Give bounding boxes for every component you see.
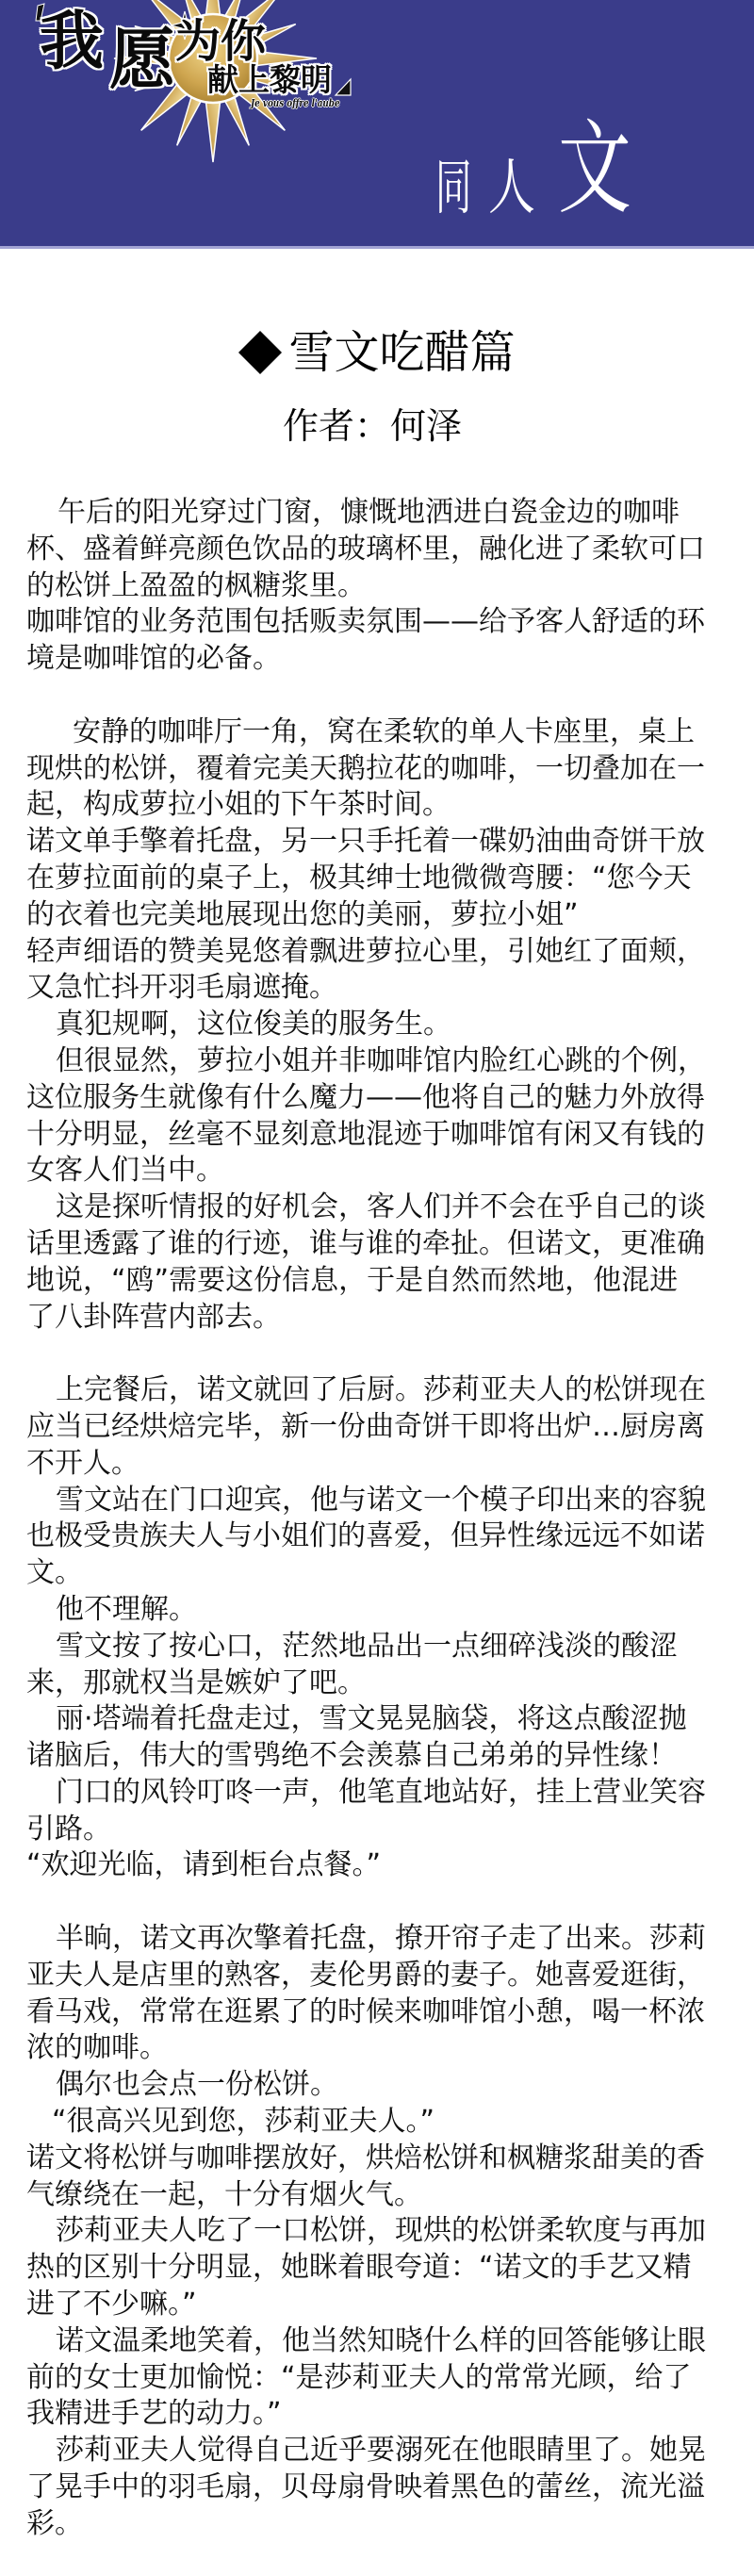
text-line: 也极受贵族夫人与小姐们的喜爱，但异性缘远远不如诺: [26, 1518, 747, 1555]
text-line: “欢迎光临，请到柜台点餐。”: [26, 1847, 747, 1884]
logo-title-part: 我: [40, 9, 104, 74]
text-line: 话里透露了谁的行迹，谁与谁的牵扯。但诺文，更准确: [26, 1226, 747, 1263]
article-byline: 作者：何泽: [0, 403, 745, 449]
text-line: 十分明显，丝毫不显刻意地混迹于咖啡馆有闲又有钱的: [26, 1117, 747, 1154]
text-line: 丽·塔端着托盘走过，雪文晃晃脑袋，将这点酸涩抛: [26, 1701, 747, 1738]
text-line: 午后的阳光穿过门窗，慷慨地洒进白瓷金边的咖啡: [26, 495, 747, 532]
text-line: 浓的咖啡。: [26, 2030, 747, 2067]
diamond-bullet-icon: [238, 331, 282, 374]
text-line: 应当已经烘焙完毕，新一份曲奇饼干即将出炉…厨房离: [26, 1409, 747, 1446]
text-line: 安静的咖啡厅一角，窝在柔软的单人卡座里，桌上: [26, 714, 747, 751]
text-line: 诸脑后，伟大的雪鸮绝不会羡慕自己弟弟的异性缘！: [26, 1738, 747, 1775]
text-line: 真犯规啊，这位俊美的服务生。: [26, 1007, 747, 1043]
text-line: 又急忙抖开羽毛扇遮掩。: [26, 970, 747, 1007]
text-line: 这是探听情报的好机会，客人们并不会在乎自己的谈: [26, 1190, 747, 1226]
category-label: 人: [488, 158, 535, 219]
header-banner: 我 愿 为你 献上黎明 Je vous offre l'aube 同 人 文: [0, 0, 754, 249]
text-line: 的衣着也完美地展现出您的美丽，萝拉小姐”: [26, 897, 747, 934]
text-line: 来，那就权当是嫉妒了吧。: [26, 1665, 747, 1702]
text-line: 文。: [26, 1555, 747, 1592]
text-line: 偶尔也会点一份松饼。: [26, 2067, 747, 2104]
text-line: 亚夫人是店里的熟客，麦伦男爵的妻子。她喜爱逛街，: [26, 1958, 747, 1994]
text-line: 在萝拉面前的桌子上，极其绅士地微微弯腰：“您今天: [26, 861, 747, 897]
text-line: 半晌，诺文再次擎着托盘，撩开帘子走了出来。莎莉: [26, 1921, 747, 1958]
text-line: 莎莉亚夫人吃了一口松饼，现烘的松饼柔软度与再加: [26, 2213, 747, 2250]
text-line: 进了不少嘛。”: [26, 2287, 747, 2323]
text-line: 上完餐后，诺文就回了后厨。莎莉亚夫人的松饼现在: [26, 1372, 747, 1409]
logo-title-part: 为你: [175, 19, 266, 64]
text-line: 门口的风铃叮咚一声，他笔直地站好，挂上营业笑容: [26, 1775, 747, 1812]
text-line: 莎莉亚夫人觉得自己近乎要溺死在他眼睛里了。她晃: [26, 2433, 747, 2469]
text-line: 这位服务生就像有什么魔力——他将自己的魅力外放得: [26, 1080, 747, 1117]
logo-title-part: 愿: [109, 26, 175, 92]
article-title: 雪文吃醋篇: [0, 325, 754, 380]
text-line: 的松饼上盈盈的枫糖浆里。: [26, 568, 747, 605]
logo-title-part: 献上黎明: [207, 64, 332, 95]
text-line: “很高兴见到您，莎莉亚夫人。”: [26, 2104, 747, 2141]
text-line: 女客人们当中。: [26, 1153, 747, 1190]
category-label: 同: [435, 158, 471, 219]
text-line: 热的区别十分明显，她眯着眼夸道：“诺文的手艺又精: [26, 2250, 747, 2287]
text-line: 他不理解。: [26, 1592, 747, 1629]
paragraph-spacer: [26, 1336, 747, 1372]
text-line: 雪文站在门口迎宾，他与诺文一个模子印出来的容貌: [26, 1483, 747, 1519]
text-line: 境是咖啡馆的必备。: [26, 641, 747, 678]
text-line: 诺文将松饼与咖啡摆放好，烘焙松饼和枫糖浆甜美的香: [26, 2141, 747, 2177]
text-line: 杯、盛着鲜亮颜色饮品的玻璃杯里，融化进了柔软可口: [26, 532, 747, 568]
text-line: 诺文单手擎着托盘，另一只手托着一碟奶油曲奇饼干放: [26, 824, 747, 861]
text-line: 现烘的松饼，覆着完美天鹅拉花的咖啡，一切叠加在一: [26, 751, 747, 788]
article-body: 午后的阳光穿过门窗，慷慨地洒进白瓷金边的咖啡 杯、盛着鲜亮颜色饮品的玻璃杯里，融…: [26, 495, 747, 2543]
paragraph-spacer: [26, 678, 747, 714]
text-line: 轻声细语的赞美晃悠着飘进萝拉心里，引她红了面颊，: [26, 934, 747, 971]
text-line: 了八卦阵营内部去。: [26, 1300, 747, 1337]
text-line: 气缭绕在一起，十分有烟火气。: [26, 2177, 747, 2214]
logo-subtitle: Je vous offre l'aube: [251, 98, 340, 108]
text-line: 起，构成萝拉小姐的下午茶时间。: [26, 787, 747, 824]
text-line: 地说，“鸥”需要这份信息，于是自然而然地，他混进: [26, 1263, 747, 1300]
paragraph-spacer: [26, 1884, 747, 1921]
text-line: 不开人。: [26, 1446, 747, 1483]
text-line: 了晃手中的羽毛扇，贝母扇骨映着黑色的蕾丝，流光溢: [26, 2469, 747, 2506]
text-line: 雪文按了按心口，茫然地品出一点细碎浅淡的酸涩: [26, 1629, 747, 1665]
text-line: 前的女士更加愉悦：“是莎莉亚夫人的常常光顾，给了: [26, 2360, 747, 2397]
article-title-text: 雪文吃醋篇: [288, 325, 515, 380]
text-line: 诺文温柔地笑着，他当然知晓什么样的回答能够让眼: [26, 2323, 747, 2360]
text-line: 咖啡馆的业务范围包括贩卖氛围——给予客人舒适的环: [26, 604, 747, 641]
text-line: 但很显然，萝拉小姐并非咖啡馆内脸红心跳的个例，: [26, 1043, 747, 1080]
text-line: 看马戏，常常在逛累了的时候来咖啡馆小憩，喝一杯浓: [26, 1994, 747, 2031]
text-line: 彩。: [26, 2506, 747, 2543]
text-line: 我精进手艺的动力。”: [26, 2396, 747, 2433]
text-line: 引路。: [26, 1812, 747, 1848]
category-emphasis: 文: [558, 119, 631, 221]
